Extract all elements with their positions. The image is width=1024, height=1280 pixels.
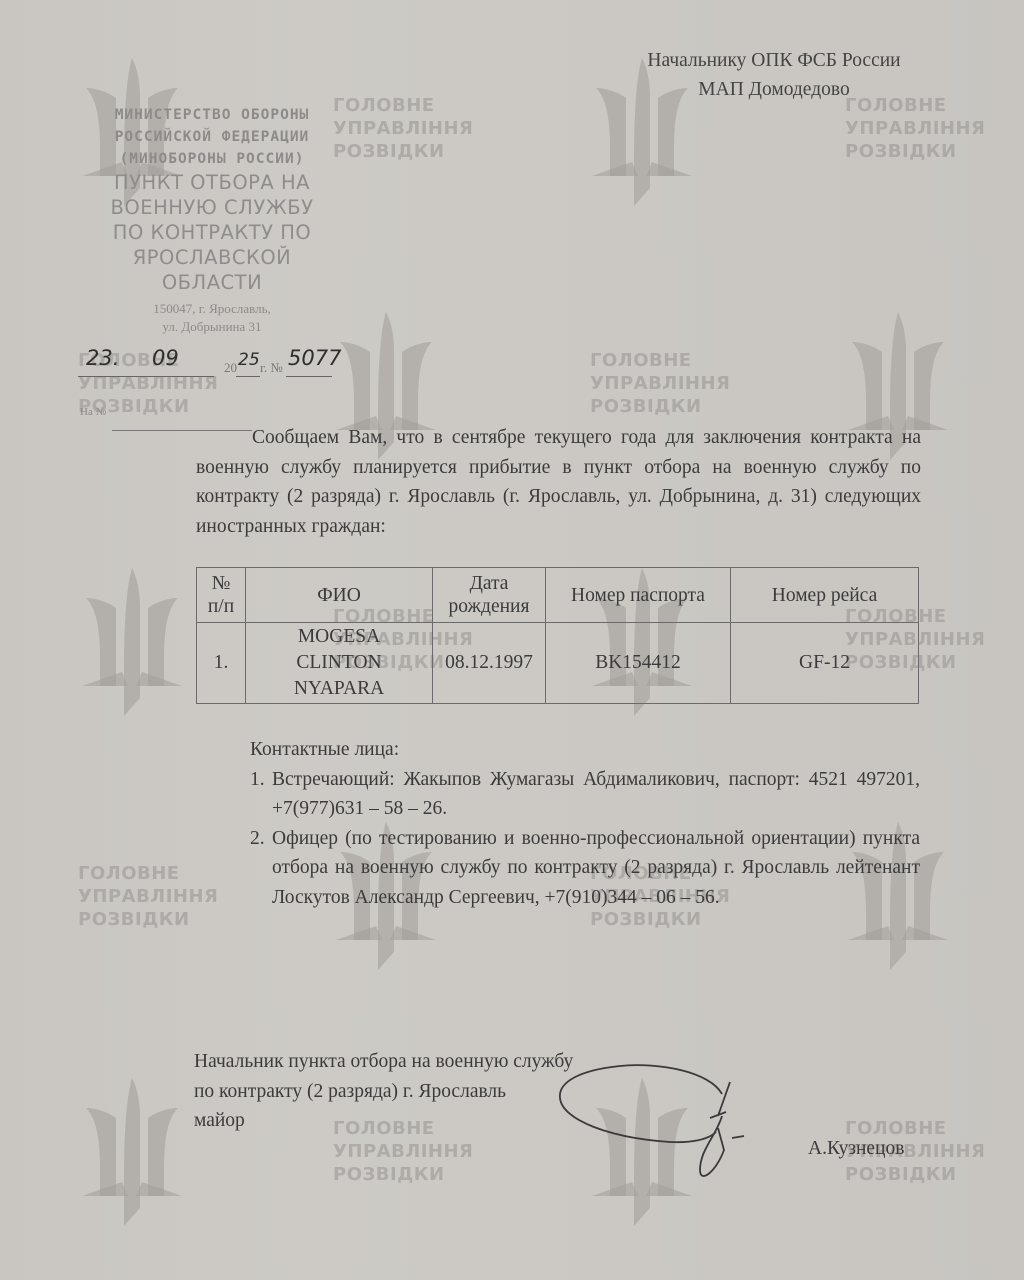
document-number: 5077 xyxy=(288,346,341,370)
unit-line: ЯРОСЛАВСКОЙ xyxy=(92,245,332,270)
addressee-block: Начальнику ОПК ФСБ России МАП Домодедово xyxy=(614,46,934,104)
cell-num: 1. xyxy=(197,623,246,704)
document-page: ГОЛОВНЕ УПРАВЛІННЯ РОЗВІДКИ ГОЛОВНЕ УПРА… xyxy=(0,0,1024,1280)
contacts-section: Контактные лица: 1. Встречающий: Жакыпов… xyxy=(250,735,920,912)
signatory-name: А.Кузнецов xyxy=(808,1138,904,1160)
cell-name: MOGESA CLINTON NYAPARA xyxy=(246,623,433,704)
header-num: № п/п xyxy=(197,568,246,623)
list-item: 1. Встречающий: Жакыпов Жумагазы Абдимал… xyxy=(250,765,920,824)
date-day: 23. xyxy=(86,346,119,370)
letterhead-address: 150047, г. Ярославль, ул. Добрынина 31 xyxy=(92,300,332,336)
addressee-line: Начальнику ОПК ФСБ России xyxy=(614,46,934,75)
header-dob: Дата рождения xyxy=(433,568,546,623)
date-month: 09 xyxy=(152,346,179,370)
unit-line: ВОЕННУЮ СЛУЖБУ xyxy=(92,195,332,220)
ministry-line: МИНИСТЕРСТВО ОБОРОНЫ xyxy=(92,104,332,126)
ministry-line: РОССИЙСКОЙ ФЕДЕРАЦИИ xyxy=(92,126,332,148)
header-name: ФИО xyxy=(246,568,433,623)
unit-line: ОБЛАСТИ xyxy=(92,270,332,295)
ref-label: На № xyxy=(80,406,106,418)
cell-passport: BK154412 xyxy=(546,623,731,704)
letterhead-stamp: МИНИСТЕРСТВО ОБОРОНЫ РОССИЙСКОЙ ФЕДЕРАЦИ… xyxy=(92,104,332,336)
ministry-line: (МИНОБОРОНЫ РОССИИ) xyxy=(92,148,332,170)
date-number-line: 23. 09 20 25 г. № 5077 На № xyxy=(78,352,378,392)
header-flight: Номер рейса xyxy=(731,568,919,623)
list-item: 2. Офицер (по тестированию и военно-проф… xyxy=(250,824,920,913)
table-row: 1. MOGESA CLINTON NYAPARA 08.12.1997 BK1… xyxy=(197,623,919,704)
signatory-title: Начальник пункта отбора на военную служб… xyxy=(194,1047,573,1136)
number-label: г. № xyxy=(260,360,283,376)
contacts-list: 1. Встречающий: Жакыпов Жумагазы Абдимал… xyxy=(250,765,920,913)
arrivals-table: № п/п ФИО Дата рождения Номер паспорта Н… xyxy=(196,567,919,704)
handwritten-signature xyxy=(540,1058,780,1188)
contacts-heading: Контактные лица: xyxy=(250,735,920,765)
year-prefix: 20 xyxy=(224,360,237,376)
addressee-line: МАП Домодедово xyxy=(614,75,934,104)
header-passport: Номер паспорта xyxy=(546,568,731,623)
body-paragraph: Сообщаем Вам, что в сентябре текущего го… xyxy=(196,423,921,541)
cell-dob: 08.12.1997 xyxy=(433,623,546,704)
unit-line: ПО КОНТРАКТУ ПО xyxy=(92,220,332,245)
table-header-row: № п/п ФИО Дата рождения Номер паспорта Н… xyxy=(197,568,919,623)
cell-flight: GF-12 xyxy=(731,623,919,704)
date-year: 25 xyxy=(238,350,260,370)
unit-line: ПУНКТ ОТБОРА НА xyxy=(92,170,332,195)
